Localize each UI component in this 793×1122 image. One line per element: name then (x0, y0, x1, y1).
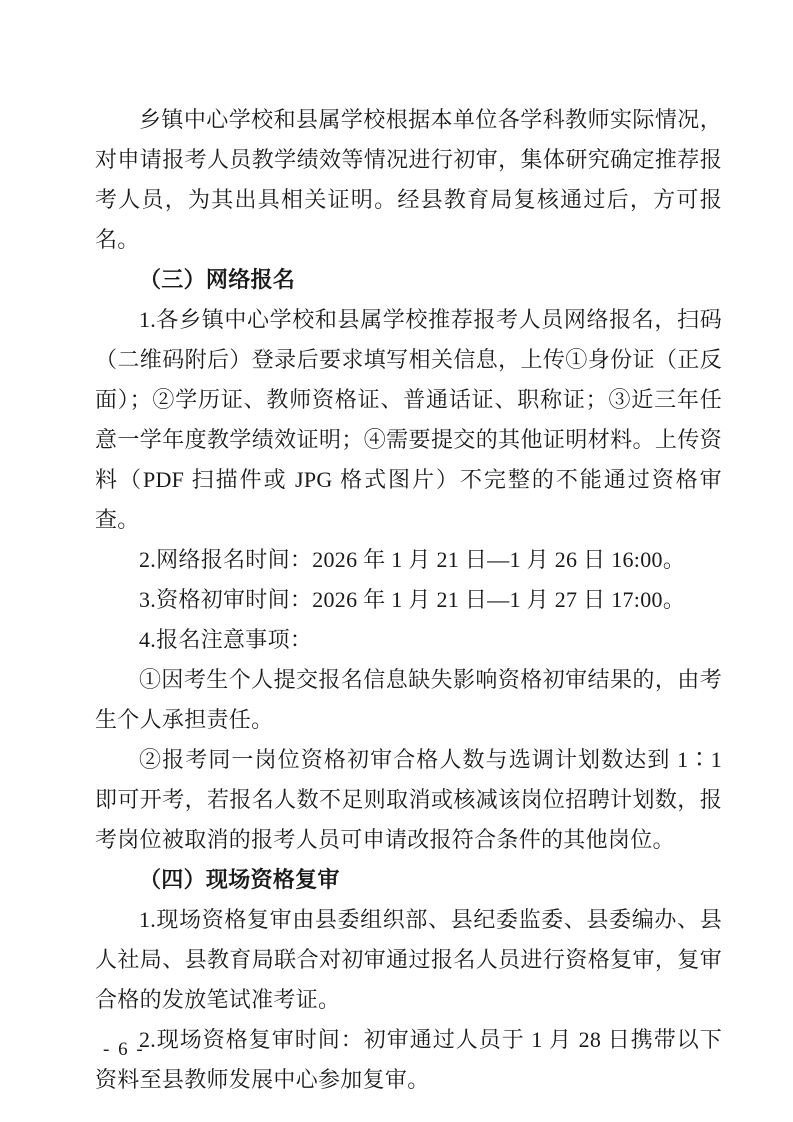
page-number: - 6 - (103, 1038, 145, 1062)
paragraph-registration-notes-title: 4.报名注意事项： (95, 620, 722, 660)
document-body: 乡镇中心学校和县属学校根据本单位各学科教师实际情况，对申请报考人员教学绩效等情况… (95, 100, 722, 1100)
paragraph-note-1: ①因考生个人提交报名信息缺失影响资格初审结果的，由考生个人承担责任。 (95, 660, 722, 740)
paragraph-onsite-review-orgs: 1.现场资格复审由县委组织部、县纪委监委、县委编办、县人社局、县教育局联合对初审… (95, 900, 722, 1020)
paragraph-registration-materials: 1.各乡镇中心学校和县属学校推荐报考人员网络报名，扫码（二维码附后）登录后要求填… (95, 300, 722, 540)
paragraph-registration-time: 2.网络报名时间：2026 年 1 月 21 日—1 月 26 日 16:00。 (95, 540, 722, 580)
document-page: 乡镇中心学校和县属学校根据本单位各学科教师实际情况，对申请报考人员教学绩效等情况… (0, 0, 793, 1122)
section-heading-onsite-review: （四）现场资格复审 (95, 860, 722, 900)
section-heading-online-registration: （三）网络报名 (95, 260, 722, 300)
paragraph-onsite-review-time: 2.现场资格复审时间：初审通过人员于 1 月 28 日携带以下资料至县教师发展中… (95, 1020, 722, 1100)
paragraph-initial-review-time: 3.资格初审时间：2026 年 1 月 21 日—1 月 27 日 17:00。 (95, 580, 722, 620)
paragraph-note-2: ②报考同一岗位资格初审合格人数与选调计划数达到 1∶1 即可开考，若报名人数不足… (95, 740, 722, 860)
paragraph-recommendation-review: 乡镇中心学校和县属学校根据本单位各学科教师实际情况，对申请报考人员教学绩效等情况… (95, 100, 722, 260)
